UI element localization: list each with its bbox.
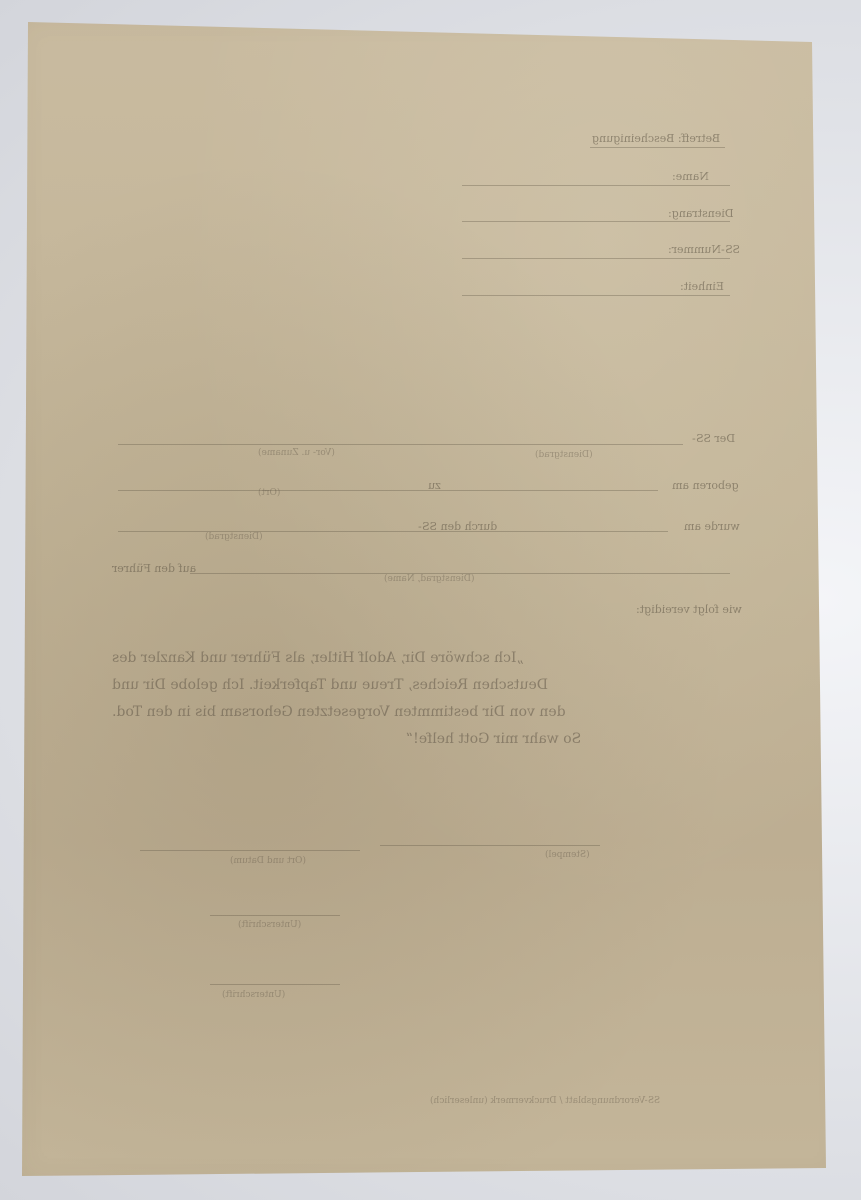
field-line-rank [462,221,730,222]
body-line4-suffix: auf den Führer [112,562,196,575]
oath-line-3: den von Dir bestimmten Vorgesetzten Geho… [112,704,566,720]
field-label-rank: Dienstrang: [668,207,734,220]
body-line1-caption-b: (Vor- u. Zuname) [258,448,335,458]
paper-sheet [0,0,861,1200]
signature-line-1 [140,850,360,851]
signature-caption-2: (Stempel) [545,850,590,860]
body-line2-caption: (Ort) [258,488,280,498]
signature-line-2 [380,845,600,846]
form-title: Betreff: Bescheinigung [592,132,720,145]
body-line5: wie folgt vereidigt: [636,603,742,616]
footer-imprint: SS-Verordnungsblatt / Druckvermerk (unle… [430,1096,660,1106]
body-line3-prefix: wurde am [684,520,740,533]
field-line-unit [462,295,730,296]
body-line2-rule [118,490,658,491]
signature-line-3 [210,915,340,916]
field-line-name [462,185,730,186]
oath-line-4: So wahr mir Gott helfe!“ [406,731,581,747]
signature-line-4 [210,984,340,985]
field-label-name: Name: [672,170,709,183]
oath-line-2: Deutschen Reiches, Treue und Tapferkeit.… [112,677,548,693]
body-line1-rule [118,444,683,445]
signature-caption-1: (Ort und Datum) [230,856,306,866]
oath-line-1: „Ich schwöre Dir, Adolf Hitler, als Führ… [112,650,524,666]
field-line-number [462,258,730,259]
body-line1-prefix: Der SS- [692,432,735,445]
body-line2-prefix: geboren am [672,479,739,492]
body-line4-caption: (Dienstgrad, Name) [384,574,475,584]
signature-caption-4: (Unterschrift) [222,990,285,1000]
field-label-number: SS-Nummer: [668,243,740,256]
title-underline [590,147,725,148]
field-label-unit: Einheit: [680,280,724,293]
signature-caption-3: (Unterschrift) [238,920,301,930]
body-line1-caption-a: (Dienstgrad) [535,450,593,460]
body-line3-rule [118,531,668,532]
body-line3-caption: (Dienstgrad) [205,532,263,542]
